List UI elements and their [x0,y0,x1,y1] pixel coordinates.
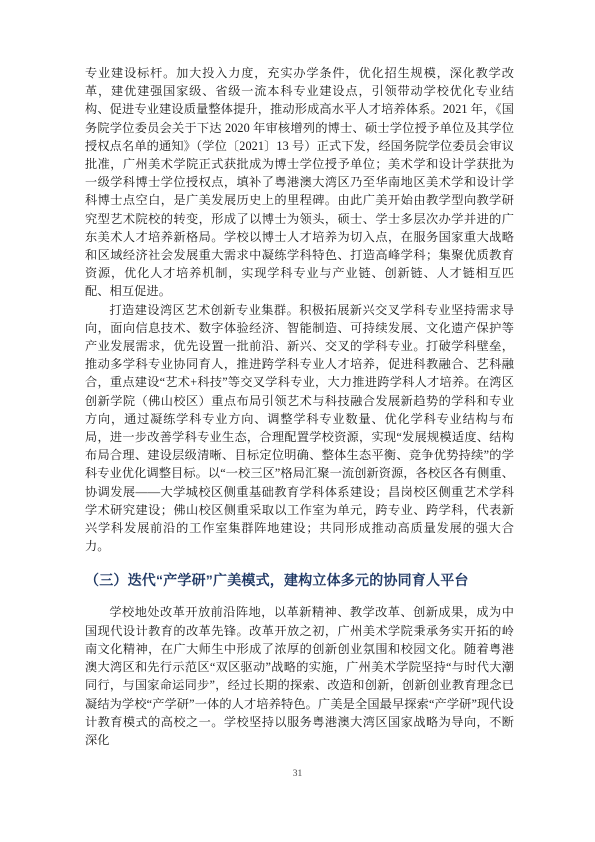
body-paragraph-continuation: 专业建设标杆。加大投入力度，充实办学条件，优化招生规模，深化教学改革，建优建强国… [85,64,514,301]
body-paragraph-discipline-cluster: 打造建设湾区艺术创新专业集群。积极拓展新兴交叉学科专业坚持需求导向，面向信息技术… [85,301,514,556]
body-paragraph-collaborative-education: 学校地处改革开放前沿阵地，以革新精神、教学改革、创新成果，成为中国现代设计教育的… [85,603,514,749]
page-content: 专业建设标杆。加大投入力度，充实办学条件，优化招生规模，深化教学改革，建优建强国… [85,64,514,749]
section-heading: （三）迭代“产学研”广美模式，建构立体多元的协同育人平台 [85,570,514,590]
document-page: 专业建设标杆。加大投入力度，充实办学条件，优化招生规模，深化教学改革，建优建强国… [0,0,595,842]
page-number: 31 [0,769,595,779]
